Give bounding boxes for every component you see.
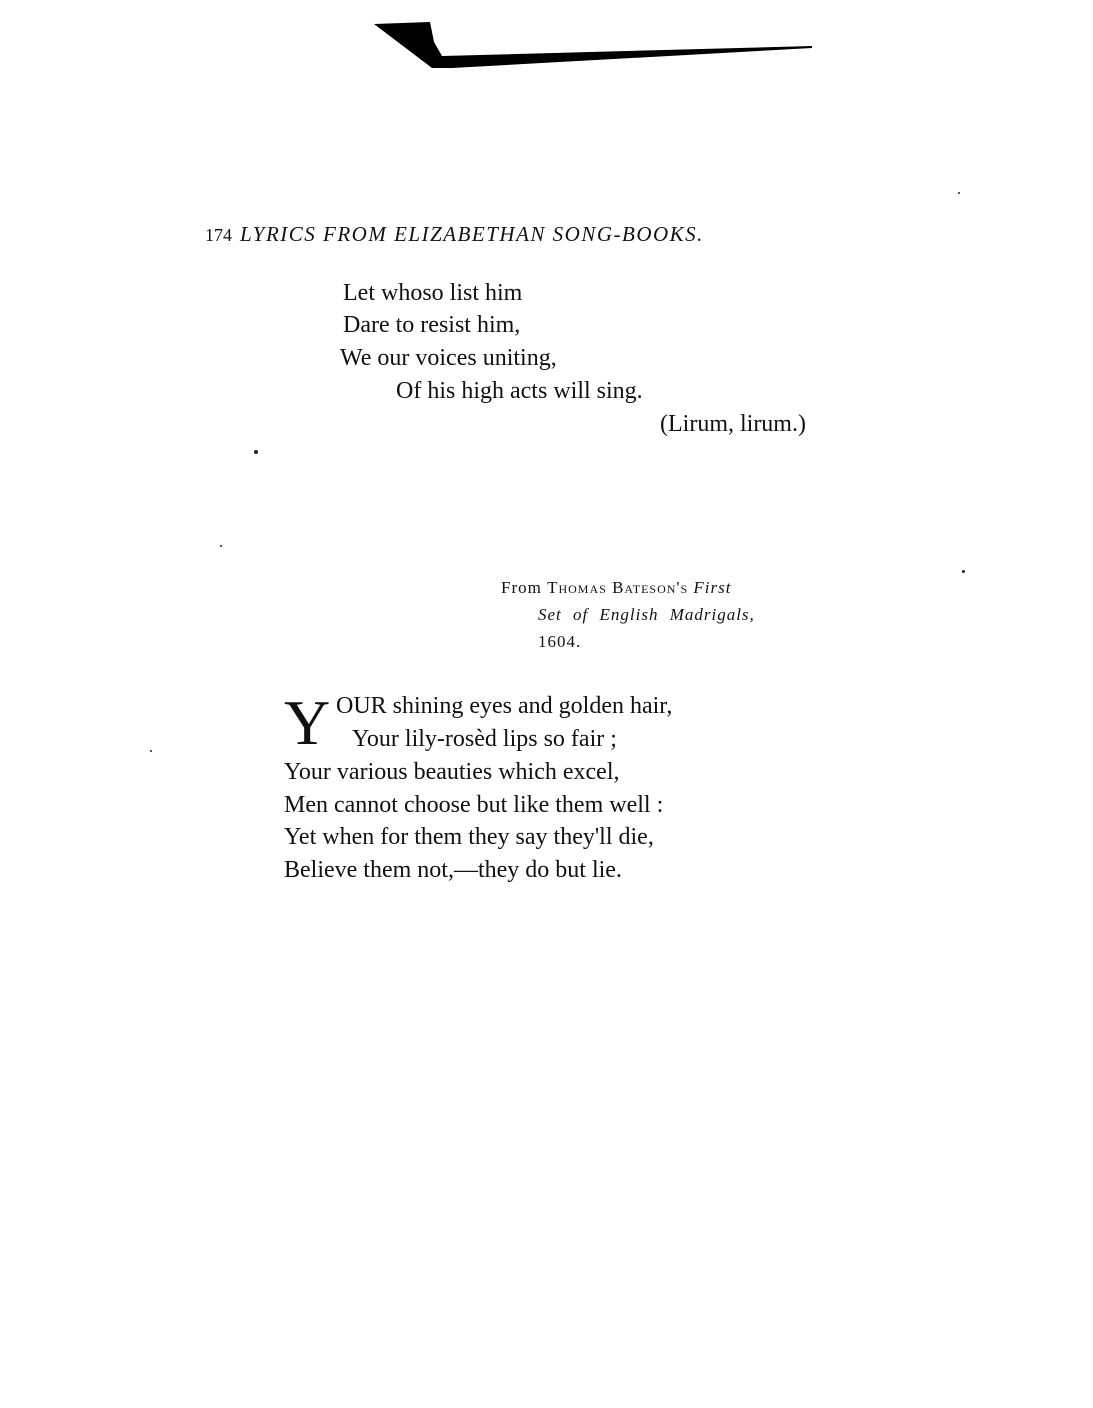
poem2-line-1: OUR shining eyes and golden hair, [336, 690, 672, 722]
poem2-line-5: Yet when for them they say they'll die, [284, 821, 654, 853]
poem1-line-3: We our voices uniting, [340, 342, 557, 374]
scan-artifact-mark [372, 18, 812, 70]
poem1-line-4: Of his high acts will sing. [396, 375, 643, 407]
source-author: Thomas Bateson's [547, 578, 688, 597]
source-year: 1604. [538, 629, 581, 655]
poem1-line-2: Dare to resist him, [343, 309, 520, 341]
poem2-line-2: Your lily-rosèd lips so fair ; [352, 723, 617, 755]
poem2-line-4: Men cannot choose but like them well : [284, 789, 663, 821]
scan-speck [220, 545, 222, 547]
poem1-refrain: (Lirum, lirum.) [660, 408, 806, 440]
scan-speck [958, 192, 960, 194]
page-number: 174 [205, 225, 232, 245]
drop-cap: Y [284, 695, 330, 751]
scan-speck [254, 450, 258, 454]
source-title-part2: Set of English Madrigals, [538, 602, 755, 628]
poem2-line-3: Your various beauties which excel, [284, 756, 619, 788]
scan-speck [150, 750, 152, 752]
source-prefix: From [501, 578, 542, 597]
source-title-part1: First [693, 578, 731, 597]
poem1-line-1: Let whoso list him [343, 277, 522, 309]
source-attribution-line-1: From Thomas Bateson's First [501, 575, 731, 601]
header-title: LYRICS FROM ELIZABETHAN SONG-BOOKS. [240, 222, 704, 246]
scan-speck [962, 570, 965, 573]
poem2-line-6: Believe them not,—they do but lie. [284, 854, 622, 886]
running-header: 174LYRICS FROM ELIZABETHAN SONG-BOOKS. [205, 222, 704, 247]
